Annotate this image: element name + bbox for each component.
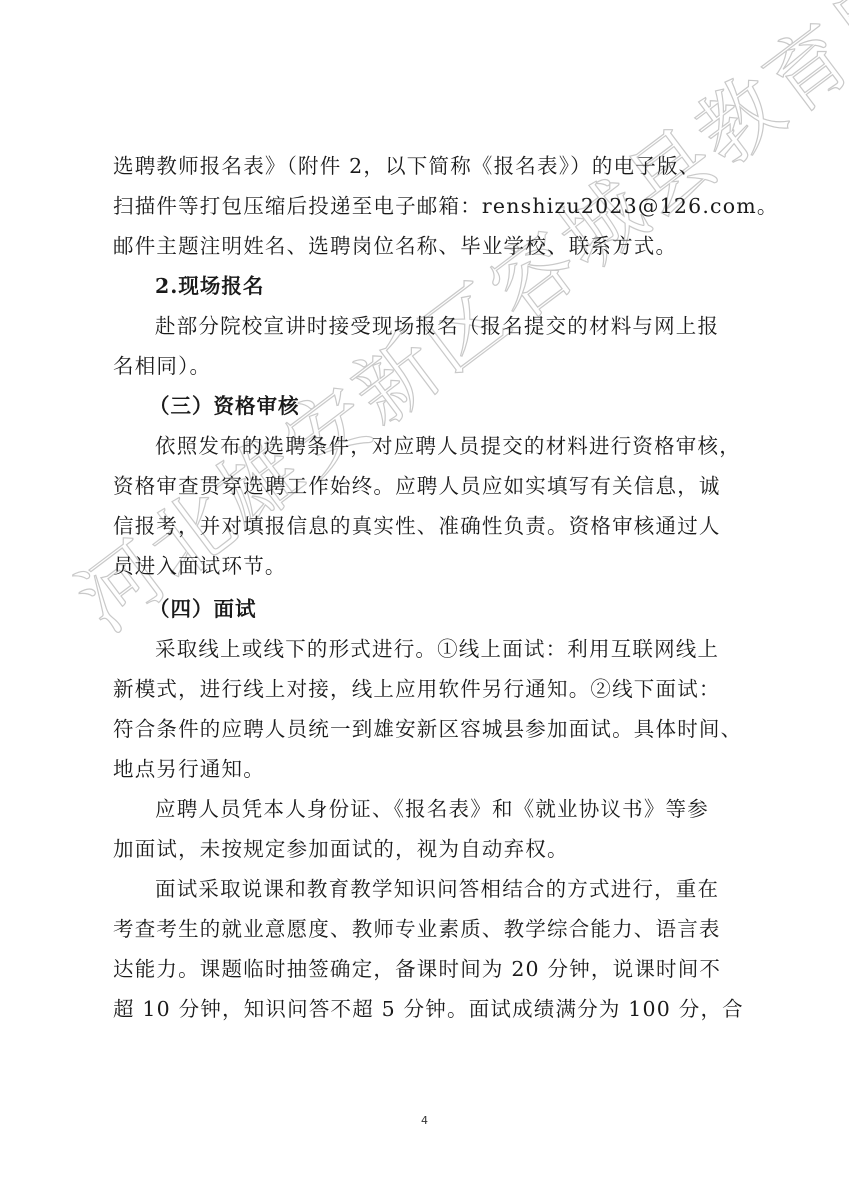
paragraph-line: 邮件主题注明姓名、选聘岗位名称、毕业学校、联系方式。 xyxy=(113,226,677,266)
document-page: 河北雄安新区容城县教育局 选聘教师报名表》（附件 2，以下简称《报名表》）的电子… xyxy=(0,0,849,1200)
paragraph-line: 新模式，进行线上对接，线上应用软件另行通知。②线下面试： xyxy=(113,669,721,709)
section-heading-qualification-review: （三）资格审核 xyxy=(149,386,300,426)
paragraph-line: 面试采取说课和教育教学知识问答相结合的方式进行，重在 xyxy=(155,869,719,909)
section-heading-onsite-registration: 2.现场报名 xyxy=(155,266,264,306)
paragraph-line: 选聘教师报名表》（附件 2，以下简称《报名表》）的电子版、 xyxy=(113,146,700,186)
paragraph-line: 加面试，未按规定参加面试的，视为自动弃权。 xyxy=(113,829,569,869)
section-heading-interview: （四）面试 xyxy=(149,589,257,629)
paragraph-line: 达能力。课题临时抽签确定，备课时间为 20 分钟，说课时间不 xyxy=(113,949,721,989)
paragraph-line: 超 10 分钟，知识问答不超 5 分钟。面试成绩满分为 100 分，合 xyxy=(113,989,744,1029)
paragraph-line: 符合条件的应聘人员统一到雄安新区容城县参加面试。具体时间、 xyxy=(113,709,742,749)
page-number: 4 xyxy=(0,1114,849,1127)
paragraph-line: 员进入面试环节。 xyxy=(113,546,287,586)
paragraph-line: 考查考生的就业意愿度、教师专业素质、教学综合能力、语言表 xyxy=(113,909,721,949)
paragraph-line: 扫描件等打包压缩后投递至电子邮箱：renshizu2023@126.com。 xyxy=(113,186,779,226)
paragraph-line: 资格审查贯穿选聘工作始终。应聘人员应如实填写有关信息，诚 xyxy=(113,466,721,506)
paragraph-line: 地点另行通知。 xyxy=(113,749,265,789)
paragraph-line: 采取线上或线下的形式进行。①线上面试：利用互联网线上 xyxy=(155,629,719,669)
paragraph-line: 应聘人员凭本人身份证、《报名表》和《就业协议书》等参 xyxy=(155,789,709,829)
paragraph-line: 依照发布的选聘条件，对应聘人员提交的材料进行资格审核， xyxy=(155,426,741,466)
paragraph-line: 名相同）。 xyxy=(113,346,211,386)
paragraph-line: 信报考，并对填报信息的真实性、准确性负责。资格审核通过人 xyxy=(113,506,721,546)
paragraph-line: 赴部分院校宣讲时接受现场报名（报名提交的材料与网上报 xyxy=(155,306,719,346)
